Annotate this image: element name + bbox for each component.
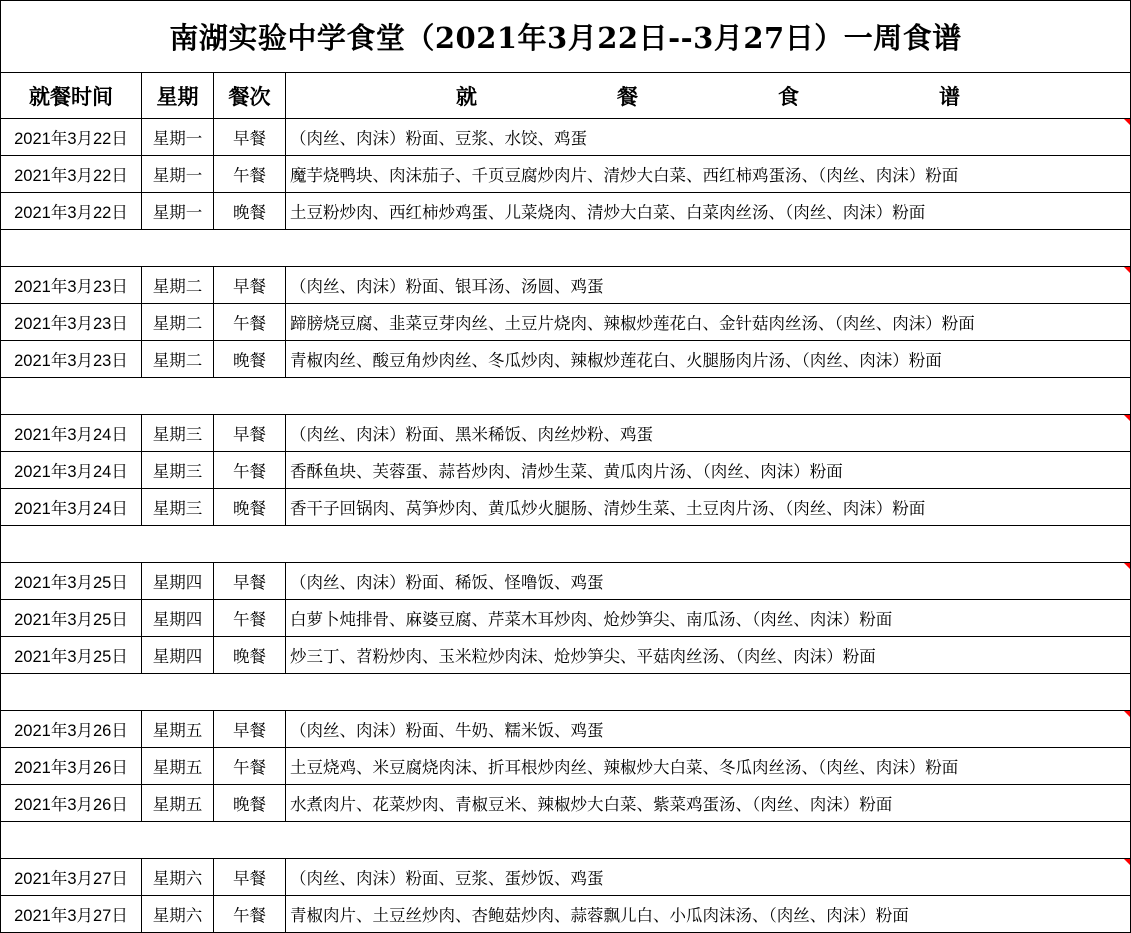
meal-cell[interactable]: 早餐 [214, 415, 286, 452]
date-cell[interactable]: 2021年3月25日 [1, 600, 142, 637]
header-menu-char: 餐 [617, 81, 638, 111]
table-row: 2021年3月22日星期一早餐（肉丝、肉沫）粉面、豆浆、水饺、鸡蛋 [1, 119, 1131, 156]
weekday-cell[interactable]: 星期五 [142, 748, 214, 785]
menu-cell[interactable]: （肉丝、肉沫）粉面、银耳汤、汤圆、鸡蛋 [286, 267, 1131, 304]
empty-cell[interactable] [1, 526, 1131, 563]
meal-cell-text: 晚餐 [233, 648, 266, 666]
weekday-cell-text: 星期四 [153, 574, 203, 592]
meal-cell[interactable]: 晚餐 [214, 341, 286, 378]
spacer-row [1, 378, 1131, 415]
weekday-cell[interactable]: 星期二 [142, 267, 214, 304]
header-weekday[interactable]: 星期 [142, 73, 214, 119]
weekday-cell[interactable]: 星期三 [142, 489, 214, 526]
meal-cell-text: 早餐 [233, 574, 266, 592]
menu-cell-text: 水煮肉片、花菜炒肉、青椒豆米、辣椒炒大白菜、紫菜鸡蛋汤、（肉丝、肉沫）粉面 [290, 796, 892, 814]
menu-cell[interactable]: 蹄膀烧豆腐、韭菜豆芽肉丝、土豆片烧肉、辣椒炒莲花白、金针菇肉丝汤、（肉丝、肉沫）… [286, 304, 1131, 341]
date-cell-text: 2021年3月26日 [14, 796, 128, 814]
date-cell-text: 2021年3月25日 [14, 611, 128, 629]
sheet-body: 南湖实验中学食堂（2021年3月22日--3月27日）一周食谱 就餐时间 星期 … [1, 1, 1131, 933]
meal-cell[interactable]: 午餐 [214, 156, 286, 193]
spacer-row [1, 674, 1131, 711]
date-cell-text: 2021年3月27日 [14, 870, 128, 888]
menu-cell[interactable]: 香干子回锅肉、莴笋炒肉、黄瓜炒火腿肠、清炒生菜、土豆肉片汤、（肉丝、肉沫）粉面 [286, 489, 1131, 526]
header-menu-char: 谱 [939, 81, 960, 111]
meal-cell-text: 晚餐 [233, 204, 266, 222]
date-cell[interactable]: 2021年3月23日 [1, 304, 142, 341]
menu-cell[interactable]: 炒三丁、苕粉炒肉、玉米粒炒肉沫、炝炒笋尖、平菇肉丝汤、（肉丝、肉沫）粉面 [286, 637, 1131, 674]
menu-cell[interactable]: （肉丝、肉沫）粉面、豆浆、水饺、鸡蛋 [286, 119, 1131, 156]
empty-cell[interactable] [1, 822, 1131, 859]
table-row: 2021年3月25日星期四晚餐炒三丁、苕粉炒肉、玉米粒炒肉沫、炝炒笋尖、平菇肉丝… [1, 637, 1131, 674]
weekday-cell[interactable]: 星期五 [142, 711, 214, 748]
meal-cell[interactable]: 早餐 [214, 267, 286, 304]
meal-cell-text: 晚餐 [233, 500, 266, 518]
table-row: 2021年3月26日星期五午餐土豆烧鸡、米豆腐烧肉沫、折耳根炒肉丝、辣椒炒大白菜… [1, 748, 1131, 785]
weekday-cell-text: 星期四 [153, 648, 203, 666]
header-menu-char: 就 [456, 81, 477, 111]
date-cell[interactable]: 2021年3月22日 [1, 119, 142, 156]
menu-cell-text: 炒三丁、苕粉炒肉、玉米粒炒肉沫、炝炒笋尖、平菇肉丝汤、（肉丝、肉沫）粉面 [290, 648, 876, 666]
table-row: 2021年3月24日星期三晚餐香干子回锅肉、莴笋炒肉、黄瓜炒火腿肠、清炒生菜、土… [1, 489, 1131, 526]
table-row: 2021年3月23日星期二早餐（肉丝、肉沫）粉面、银耳汤、汤圆、鸡蛋 [1, 267, 1131, 304]
date-cell[interactable]: 2021年3月25日 [1, 563, 142, 600]
table-row: 2021年3月27日星期六早餐（肉丝、肉沫）粉面、豆浆、蛋炒饭、鸡蛋 [1, 859, 1131, 896]
date-cell[interactable]: 2021年3月27日 [1, 896, 142, 933]
meal-cell[interactable]: 午餐 [214, 748, 286, 785]
comment-indicator-icon[interactable] [1124, 415, 1130, 421]
date-cell-text: 2021年3月22日 [14, 204, 128, 222]
menu-cell-text: 青椒肉片、土豆丝炒肉、杏鲍菇炒肉、蒜蓉飘儿白、小瓜肉沫汤、（肉丝、肉沫）粉面 [290, 907, 909, 925]
header-row: 就餐时间 星期 餐次 就餐食谱 [1, 73, 1131, 119]
menu-cell-text: 香干子回锅肉、莴笋炒肉、黄瓜炒火腿肠、清炒生菜、土豆肉片汤、（肉丝、肉沫）粉面 [290, 500, 925, 518]
weekday-cell-text: 星期五 [153, 796, 203, 814]
meal-cell[interactable]: 午餐 [214, 896, 286, 933]
table-row: 2021年3月26日星期五晚餐水煮肉片、花菜炒肉、青椒豆米、辣椒炒大白菜、紫菜鸡… [1, 785, 1131, 822]
date-cell-text: 2021年3月22日 [14, 130, 128, 148]
spacer-row [1, 822, 1131, 859]
weekday-cell-text: 星期二 [153, 352, 203, 370]
weekday-cell-text: 星期三 [153, 426, 203, 444]
weekday-cell[interactable]: 星期六 [142, 896, 214, 933]
weekday-cell-text: 星期二 [153, 278, 203, 296]
weekday-cell-text: 星期二 [153, 315, 203, 333]
menu-cell[interactable]: （肉丝、肉沫）粉面、稀饭、怪噜饭、鸡蛋 [286, 563, 1131, 600]
comment-indicator-icon[interactable] [1124, 267, 1130, 273]
meal-cell[interactable]: 午餐 [214, 600, 286, 637]
meal-cell-text: 晚餐 [233, 352, 266, 370]
meal-cell[interactable]: 早餐 [214, 711, 286, 748]
menu-cell-text: 土豆烧鸡、米豆腐烧肉沫、折耳根炒肉丝、辣椒炒大白菜、冬瓜肉丝汤、（肉丝、肉沫）粉… [290, 759, 958, 777]
meal-cell[interactable]: 午餐 [214, 304, 286, 341]
empty-cell[interactable] [1, 230, 1131, 267]
meal-cell[interactable]: 早餐 [214, 119, 286, 156]
weekday-cell-text: 星期五 [153, 722, 203, 740]
weekday-cell[interactable]: 星期三 [142, 452, 214, 489]
table-row: 2021年3月25日星期四早餐（肉丝、肉沫）粉面、稀饭、怪噜饭、鸡蛋 [1, 563, 1131, 600]
date-cell[interactable]: 2021年3月27日 [1, 859, 142, 896]
sheet-title[interactable]: 南湖实验中学食堂（2021年3月22日--3月27日）一周食谱 [1, 1, 1131, 73]
empty-cell[interactable] [1, 674, 1131, 711]
meal-cell-text: 早餐 [233, 870, 266, 888]
comment-indicator-icon[interactable] [1124, 711, 1130, 717]
header-date[interactable]: 就餐时间 [1, 73, 142, 119]
meal-cell-text: 早餐 [233, 722, 266, 740]
date-cell-text: 2021年3月26日 [14, 722, 128, 740]
menu-cell[interactable]: 香酥鱼块、芙蓉蛋、蒜苔炒肉、清炒生菜、黄瓜肉片汤、（肉丝、肉沫）粉面 [286, 452, 1131, 489]
menu-cell[interactable]: 白萝卜炖排骨、麻婆豆腐、芹菜木耳炒肉、炝炒笋尖、南瓜汤、（肉丝、肉沫）粉面 [286, 600, 1131, 637]
meal-cell-text: 午餐 [233, 611, 266, 629]
weekday-cell-text: 星期六 [153, 870, 203, 888]
comment-indicator-icon[interactable] [1124, 859, 1130, 865]
date-cell[interactable]: 2021年3月25日 [1, 637, 142, 674]
table-row: 2021年3月24日星期三午餐香酥鱼块、芙蓉蛋、蒜苔炒肉、清炒生菜、黄瓜肉片汤、… [1, 452, 1131, 489]
meal-cell[interactable]: 晚餐 [214, 489, 286, 526]
date-cell[interactable]: 2021年3月26日 [1, 748, 142, 785]
date-cell[interactable]: 2021年3月26日 [1, 785, 142, 822]
meal-cell-text: 午餐 [233, 315, 266, 333]
weekday-cell-text: 星期三 [153, 463, 203, 481]
header-meal[interactable]: 餐次 [214, 73, 286, 119]
menu-cell-text: 香酥鱼块、芙蓉蛋、蒜苔炒肉、清炒生菜、黄瓜肉片汤、（肉丝、肉沫）粉面 [290, 463, 843, 481]
weekday-cell[interactable]: 星期四 [142, 637, 214, 674]
weekday-cell-text: 星期五 [153, 759, 203, 777]
date-cell-text: 2021年3月23日 [14, 278, 128, 296]
meal-cell-text: 午餐 [233, 907, 266, 925]
date-cell-text: 2021年3月27日 [14, 907, 128, 925]
menu-cell-text: （肉丝、肉沫）粉面、豆浆、蛋炒饭、鸡蛋 [290, 870, 604, 888]
meal-cell[interactable]: 午餐 [214, 452, 286, 489]
menu-cell[interactable]: 青椒肉丝、酸豆角炒肉丝、冬瓜炒肉、辣椒炒莲花白、火腿肠肉片汤、（肉丝、肉沫）粉面 [286, 341, 1131, 378]
weekday-cell[interactable]: 星期一 [142, 119, 214, 156]
meal-cell-text: 午餐 [233, 463, 266, 481]
weekday-cell-text: 星期四 [153, 611, 203, 629]
menu-cell[interactable]: 土豆烧鸡、米豆腐烧肉沫、折耳根炒肉丝、辣椒炒大白菜、冬瓜肉丝汤、（肉丝、肉沫）粉… [286, 748, 1131, 785]
menu-cell-text: 蹄膀烧豆腐、韭菜豆芽肉丝、土豆片烧肉、辣椒炒莲花白、金针菇肉丝汤、（肉丝、肉沫）… [290, 315, 975, 333]
meal-cell[interactable]: 晚餐 [214, 785, 286, 822]
date-cell[interactable]: 2021年3月23日 [1, 267, 142, 304]
menu-cell[interactable]: （肉丝、肉沫）粉面、豆浆、蛋炒饭、鸡蛋 [286, 859, 1131, 896]
date-cell-text: 2021年3月23日 [14, 352, 128, 370]
table-row: 2021年3月26日星期五早餐（肉丝、肉沫）粉面、牛奶、糯米饭、鸡蛋 [1, 711, 1131, 748]
meal-cell-text: 午餐 [233, 167, 266, 185]
menu-cell[interactable]: 水煮肉片、花菜炒肉、青椒豆米、辣椒炒大白菜、紫菜鸡蛋汤、（肉丝、肉沫）粉面 [286, 785, 1131, 822]
table-row: 2021年3月22日星期一晚餐土豆粉炒肉、西红柿炒鸡蛋、儿菜烧肉、清炒大白菜、白… [1, 193, 1131, 230]
weekday-cell[interactable]: 星期四 [142, 600, 214, 637]
title-row: 南湖实验中学食堂（2021年3月22日--3月27日）一周食谱 [1, 1, 1131, 73]
date-cell-text: 2021年3月24日 [14, 500, 128, 518]
spacer-row [1, 230, 1131, 267]
weekday-cell-text: 星期一 [153, 130, 203, 148]
table-row: 2021年3月22日星期一午餐魔芋烧鸭块、肉沫茄子、千页豆腐炒肉片、清炒大白菜、… [1, 156, 1131, 193]
menu-cell[interactable]: （肉丝、肉沫）粉面、黑米稀饭、肉丝炒粉、鸡蛋 [286, 415, 1131, 452]
menu-cell[interactable]: 土豆粉炒肉、西红柿炒鸡蛋、儿菜烧肉、清炒大白菜、白菜肉丝汤、（肉丝、肉沫）粉面 [286, 193, 1131, 230]
menu-cell-text: （肉丝、肉沫）粉面、稀饭、怪噜饭、鸡蛋 [290, 574, 604, 592]
meal-cell-text: 早餐 [233, 426, 266, 444]
date-cell-text: 2021年3月23日 [14, 315, 128, 333]
date-cell[interactable]: 2021年3月24日 [1, 489, 142, 526]
meal-cell-text: 早餐 [233, 130, 266, 148]
menu-cell-text: 土豆粉炒肉、西红柿炒鸡蛋、儿菜烧肉、清炒大白菜、白菜肉丝汤、（肉丝、肉沫）粉面 [290, 204, 925, 222]
weekday-cell[interactable]: 星期二 [142, 304, 214, 341]
date-cell[interactable]: 2021年3月24日 [1, 415, 142, 452]
meal-cell[interactable]: 早餐 [214, 563, 286, 600]
meal-cell-text: 早餐 [233, 278, 266, 296]
date-cell[interactable]: 2021年3月23日 [1, 341, 142, 378]
date-cell[interactable]: 2021年3月22日 [1, 193, 142, 230]
table-row: 2021年3月27日星期六午餐青椒肉片、土豆丝炒肉、杏鲍菇炒肉、蒜蓉飘儿白、小瓜… [1, 896, 1131, 933]
menu-cell-text: （肉丝、肉沫）粉面、黑米稀饭、肉丝炒粉、鸡蛋 [290, 426, 653, 444]
meal-cell-text: 午餐 [233, 759, 266, 777]
meal-cell[interactable]: 晚餐 [214, 193, 286, 230]
weekday-cell[interactable]: 星期三 [142, 415, 214, 452]
meal-cell[interactable]: 早餐 [214, 859, 286, 896]
weekday-cell[interactable]: 星期一 [142, 156, 214, 193]
menu-cell-text: 青椒肉丝、酸豆角炒肉丝、冬瓜炒肉、辣椒炒莲花白、火腿肠肉片汤、（肉丝、肉沫）粉面 [290, 352, 942, 370]
weekday-cell-text: 星期一 [153, 167, 203, 185]
weekday-cell-text: 星期三 [153, 500, 203, 518]
menu-cell-text: （肉丝、肉沫）粉面、牛奶、糯米饭、鸡蛋 [290, 722, 604, 740]
comment-indicator-icon[interactable] [1124, 563, 1130, 569]
weekday-cell-text: 星期六 [153, 907, 203, 925]
date-cell-text: 2021年3月24日 [14, 463, 128, 481]
date-cell-text: 2021年3月22日 [14, 167, 128, 185]
weekday-cell[interactable]: 星期二 [142, 341, 214, 378]
meal-cell-text: 晚餐 [233, 796, 266, 814]
menu-cell-text: 白萝卜炖排骨、麻婆豆腐、芹菜木耳炒肉、炝炒笋尖、南瓜汤、（肉丝、肉沫）粉面 [290, 611, 892, 629]
date-cell-text: 2021年3月25日 [14, 574, 128, 592]
menu-cell[interactable]: 魔芋烧鸭块、肉沫茄子、千页豆腐炒肉片、清炒大白菜、西红柿鸡蛋汤、（肉丝、肉沫）粉… [286, 156, 1131, 193]
table-row: 2021年3月23日星期二晚餐青椒肉丝、酸豆角炒肉丝、冬瓜炒肉、辣椒炒莲花白、火… [1, 341, 1131, 378]
weekday-cell-text: 星期一 [153, 204, 203, 222]
menu-cell-text: （肉丝、肉沫）粉面、豆浆、水饺、鸡蛋 [290, 130, 587, 148]
table-row: 2021年3月25日星期四午餐白萝卜炖排骨、麻婆豆腐、芹菜木耳炒肉、炝炒笋尖、南… [1, 600, 1131, 637]
table-row: 2021年3月23日星期二午餐蹄膀烧豆腐、韭菜豆芽肉丝、土豆片烧肉、辣椒炒莲花白… [1, 304, 1131, 341]
menu-cell[interactable]: 青椒肉片、土豆丝炒肉、杏鲍菇炒肉、蒜蓉飘儿白、小瓜肉沫汤、（肉丝、肉沫）粉面 [286, 896, 1131, 933]
weekday-cell[interactable]: 星期五 [142, 785, 214, 822]
weekday-cell[interactable]: 星期六 [142, 859, 214, 896]
menu-cell-text: 魔芋烧鸭块、肉沫茄子、千页豆腐炒肉片、清炒大白菜、西红柿鸡蛋汤、（肉丝、肉沫）粉… [290, 167, 958, 185]
empty-cell[interactable] [1, 378, 1131, 415]
date-cell[interactable]: 2021年3月26日 [1, 711, 142, 748]
date-cell-text: 2021年3月26日 [14, 759, 128, 777]
comment-indicator-icon[interactable] [1124, 119, 1130, 125]
date-cell-text: 2021年3月24日 [14, 426, 128, 444]
menu-sheet: 南湖实验中学食堂（2021年3月22日--3月27日）一周食谱 就餐时间 星期 … [0, 0, 1131, 932]
date-cell[interactable]: 2021年3月22日 [1, 156, 142, 193]
spacer-row [1, 526, 1131, 563]
meal-cell[interactable]: 晚餐 [214, 637, 286, 674]
header-menu[interactable]: 就餐食谱 [286, 73, 1131, 119]
menu-cell[interactable]: （肉丝、肉沫）粉面、牛奶、糯米饭、鸡蛋 [286, 711, 1131, 748]
date-cell-text: 2021年3月25日 [14, 648, 128, 666]
header-menu-char: 食 [778, 81, 799, 111]
weekday-cell[interactable]: 星期四 [142, 563, 214, 600]
weekday-cell[interactable]: 星期一 [142, 193, 214, 230]
date-cell[interactable]: 2021年3月24日 [1, 452, 142, 489]
menu-cell-text: （肉丝、肉沫）粉面、银耳汤、汤圆、鸡蛋 [290, 278, 604, 296]
table-row: 2021年3月24日星期三早餐（肉丝、肉沫）粉面、黑米稀饭、肉丝炒粉、鸡蛋 [1, 415, 1131, 452]
